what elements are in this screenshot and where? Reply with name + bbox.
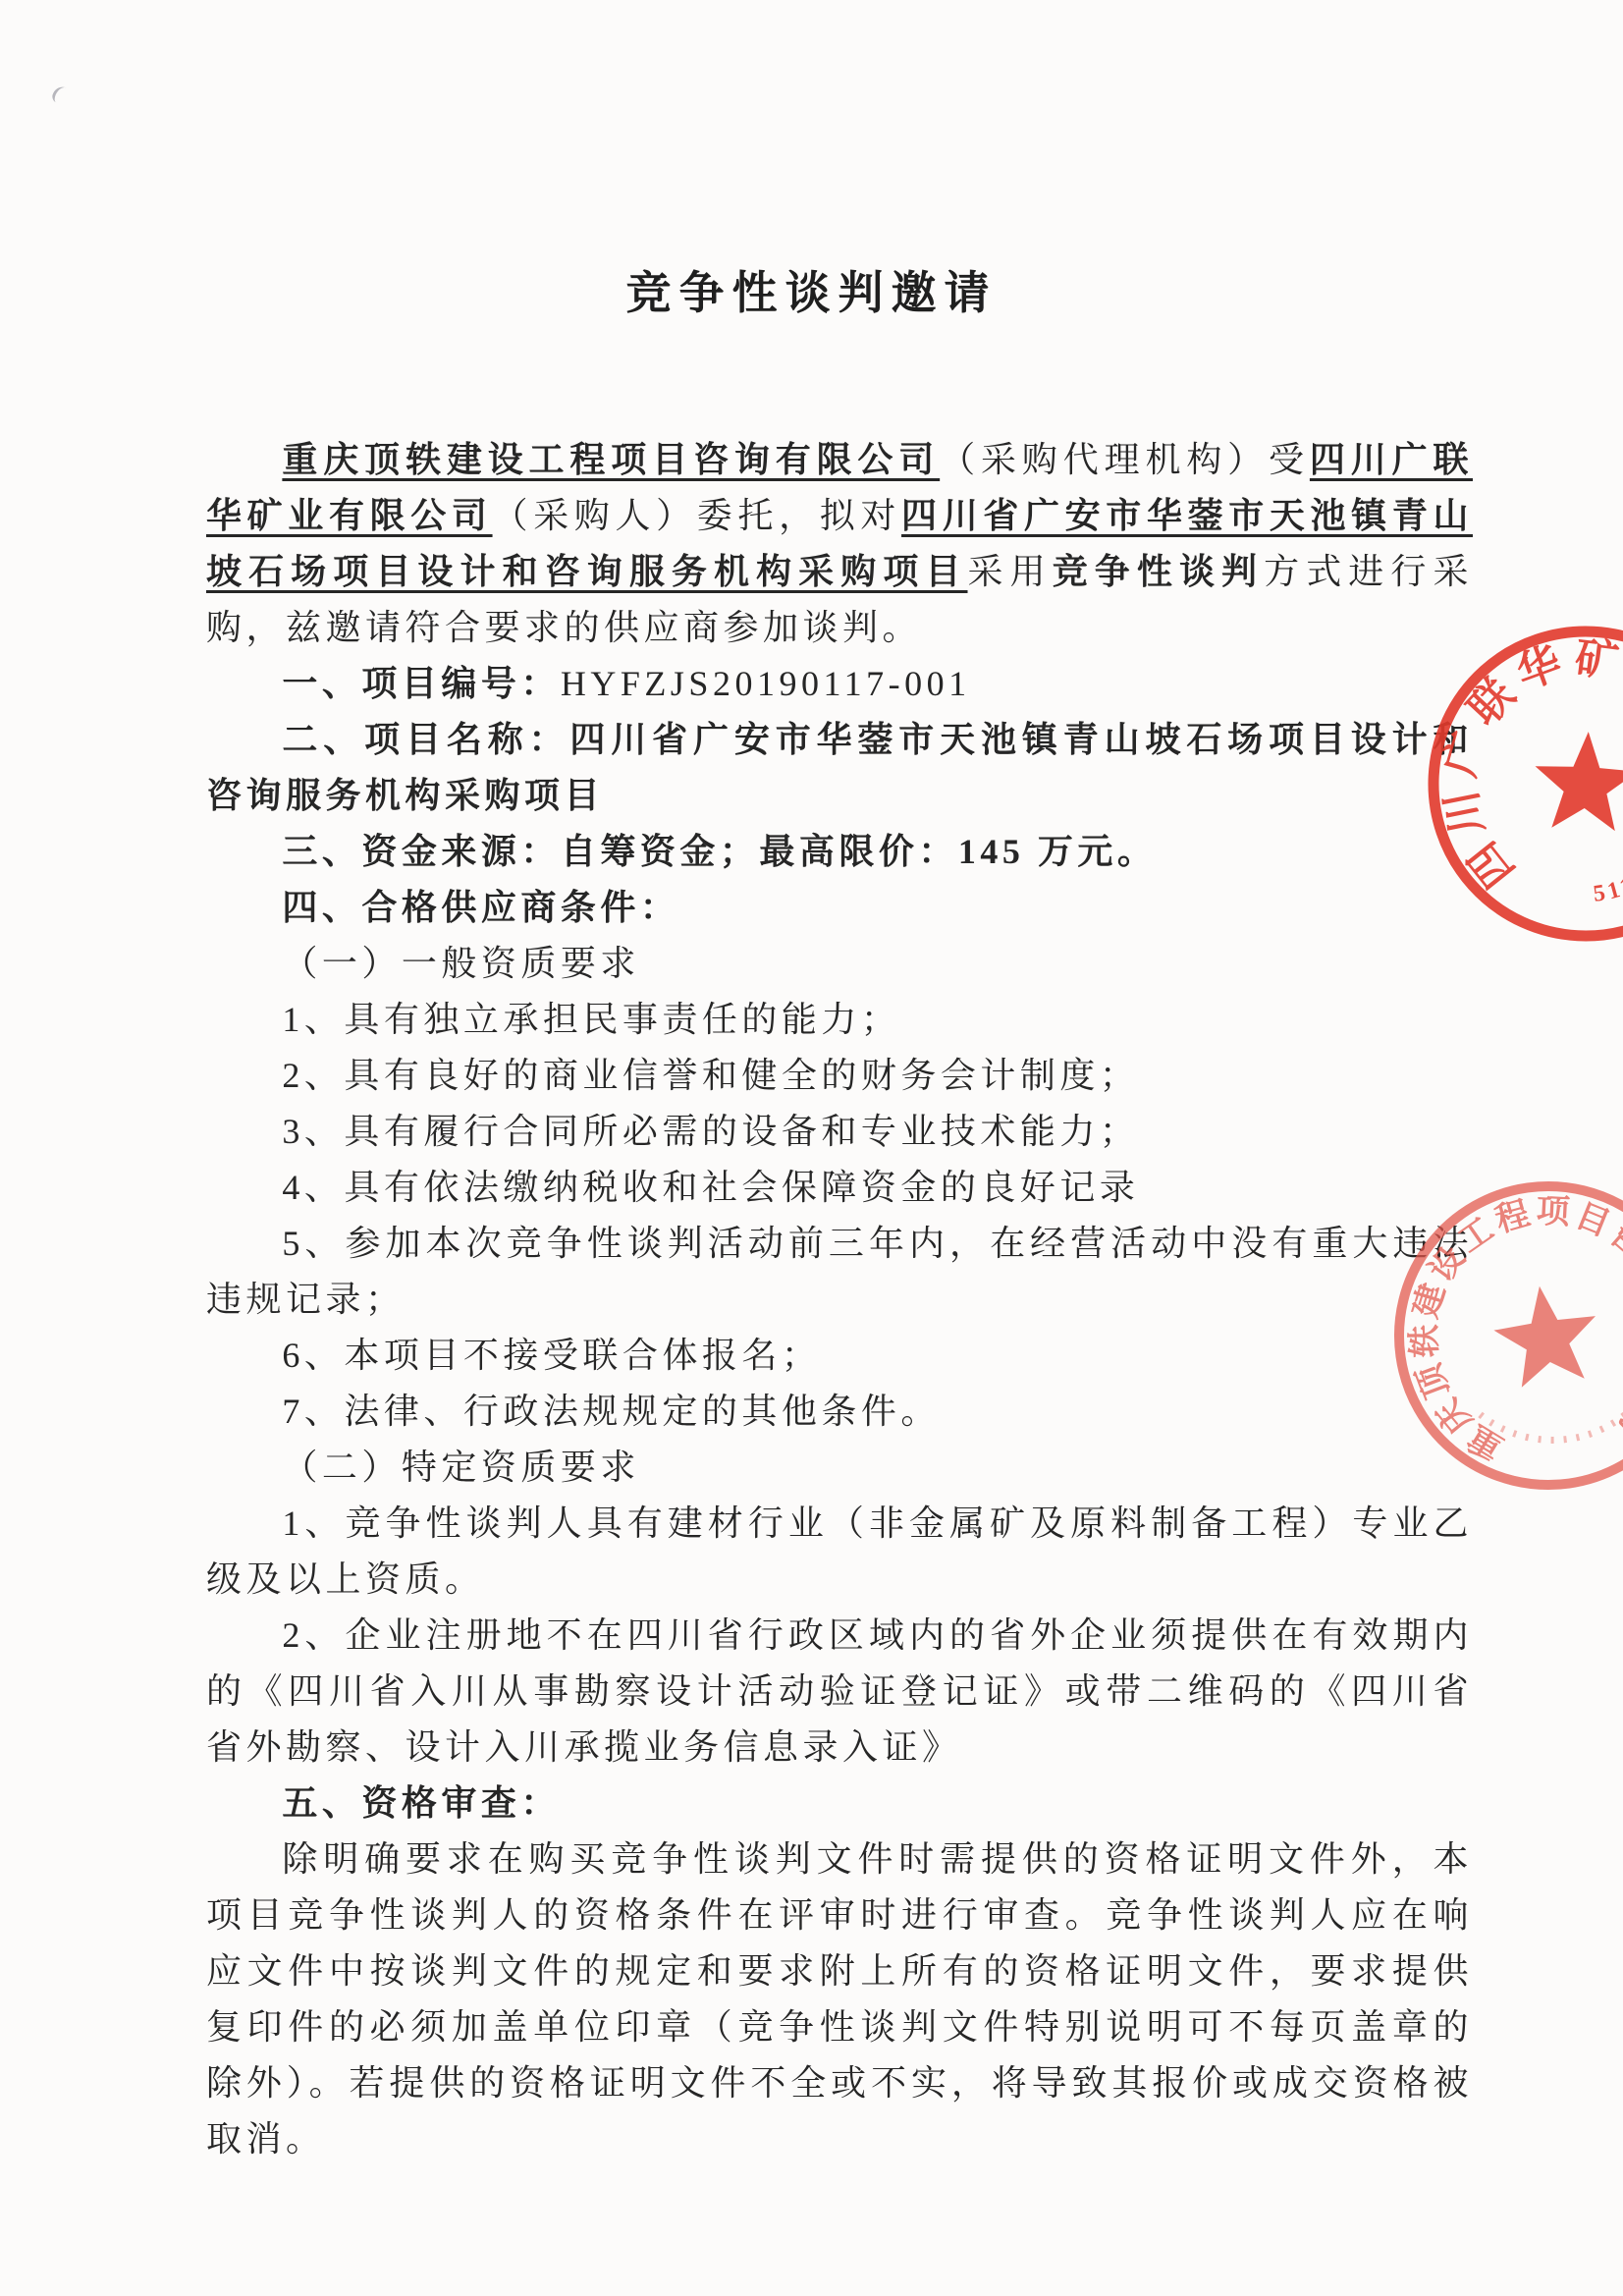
text-segment: （二）特定资质要求 [282,1448,640,1487]
text-segment: 竞争性谈判 [1053,552,1264,591]
paragraph: 2、具有良好的商业信誉和健全的财务会计制度； [206,1048,1473,1104]
svg-text:511681: 511681 [1591,844,1623,912]
paragraph: （二）特定资质要求 [206,1440,1473,1496]
document-body: 重庆顶轶建设工程项目咨询有限公司（采购代理机构）受四川广联华矿业有限公司（采购人… [206,432,1473,2167]
text-segment: 重庆顶轶建设工程项目咨询有限公司 [282,440,940,479]
text-segment: 四、合格供应商条件： [282,888,679,927]
text-segment: 6、本项目不接受联合体报名； [282,1336,821,1375]
text-segment: （采购人）委托，拟对 [493,496,902,535]
paragraph: 6、本项目不接受联合体报名； [206,1328,1473,1384]
scanned-document-page: 竞争性谈判邀请 重庆顶轶建设工程项目咨询有限公司（采购代理机构）受四川广联华矿业… [0,0,1623,2296]
paragraph: 5、参加本次竞争性谈判活动前三年内，在经营活动中没有重大违法违规记录； [206,1216,1473,1328]
text-segment: 2、具有良好的商业信誉和健全的财务会计制度； [282,1056,1139,1095]
text-segment: 除明确要求在购买竞争性谈判文件时需提供的资格证明文件外，本项目竞争性谈判人的资格… [206,1839,1473,2159]
paragraph: 三、资金来源：自筹资金；最高限价：145 万元。 [206,824,1473,880]
text-segment: 五、资格审查： [282,1783,561,1823]
paragraph: 一、项目编号：HYFZJS20190117-001 [206,656,1473,712]
paragraph: 二、项目名称：四川省广安市华蓥市天池镇青山坡石场项目设计和咨询服务机构采购项目 [206,712,1473,824]
text-segment: 1、具有独立承担民事责任的能力； [282,1000,900,1039]
paragraph: 五、资格审查： [206,1776,1473,1831]
paragraph: 2、企业注册地不在四川省行政区域内的省外企业须提供在有效期内的《四川省入川从事勘… [206,1608,1473,1776]
text-segment: 5、参加本次竞争性谈判活动前三年内，在经营活动中没有重大违法违规记录； [206,1224,1473,1319]
seal-star-icon [1488,1279,1603,1390]
text-segment: 2、企业注册地不在四川省行政区域内的省外企业须提供在有效期内的《四川省入川从事勘… [206,1615,1473,1767]
paragraph: 1、具有独立承担民事责任的能力； [206,992,1473,1048]
text-segment: 3、具有履行合同所必需的设备和专业技术能力； [282,1112,1139,1151]
text-segment: 二、项目名称：四川省广安市华蓥市天池镇青山坡石场项目设计和咨询服务机构采购项目 [206,720,1473,815]
seal-faint-serial-marks [1481,1392,1623,1450]
text-segment: HYFZJS20190117-001 [561,664,971,703]
text-segment: 一、项目编号： [282,664,561,703]
paragraph: 除明确要求在购买竞争性谈判文件时需提供的资格证明文件外，本项目竞争性谈判人的资格… [206,1831,1473,2167]
seal-serial-number: 511681 [1591,844,1623,912]
text-segment: （采购代理机构）受 [940,440,1310,479]
seal-star-icon [1532,729,1623,832]
text-segment: 1、竞争性谈判人具有建材行业（非金属矿及原料制备工程）专业乙级及以上资质。 [206,1503,1473,1599]
scan-speck [50,83,73,106]
paragraph: 7、法律、行政法规规定的其他条件。 [206,1384,1473,1440]
document-title: 竞争性谈判邀请 [0,257,1623,322]
text-segment: 4、具有依法缴纳税收和社会保障资金的良好记录 [282,1168,1139,1207]
text-segment: （一）一般资质要求 [282,944,640,983]
paragraph: 重庆顶轶建设工程项目咨询有限公司（采购代理机构）受四川广联华矿业有限公司（采购人… [206,432,1473,656]
text-segment: 7、法律、行政法规规定的其他条件。 [282,1392,941,1431]
paragraph: 1、竞争性谈判人具有建材行业（非金属矿及原料制备工程）专业乙级及以上资质。 [206,1496,1473,1608]
text-segment: 三、资金来源：自筹资金；最高限价：145 万元。 [282,832,1157,871]
paragraph: 4、具有依法缴纳税收和社会保障资金的良好记录 [206,1160,1473,1216]
paragraph: 3、具有履行合同所必需的设备和专业技术能力； [206,1104,1473,1160]
paragraph: 四、合格供应商条件： [206,880,1473,936]
text-segment: 采用 [968,552,1053,591]
paragraph: （一）一般资质要求 [206,936,1473,992]
